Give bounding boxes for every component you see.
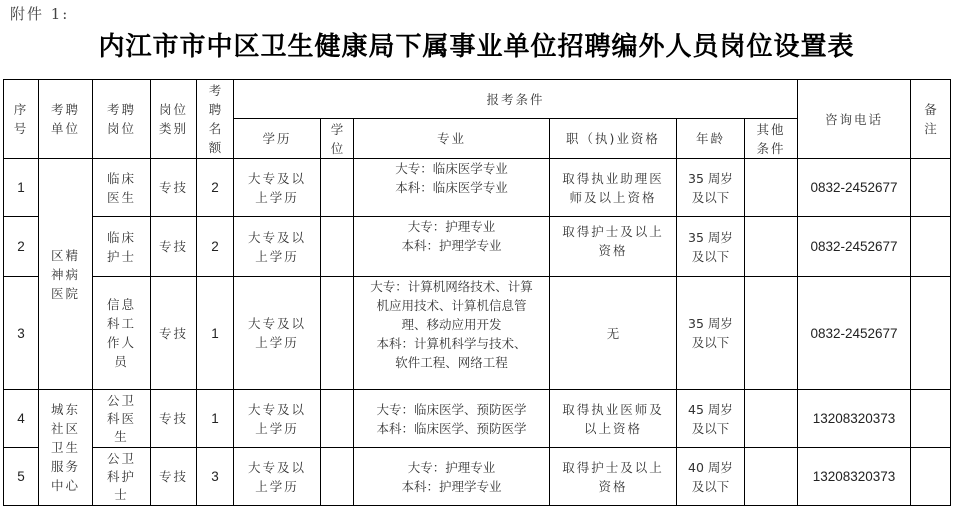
cell-other bbox=[745, 159, 798, 217]
cell-degree bbox=[321, 159, 354, 217]
cell-post: 公卫 科护 士 bbox=[93, 448, 151, 506]
cell-qualification: 无 bbox=[550, 277, 677, 390]
cell-age: 35 周岁 及以下 bbox=[677, 217, 745, 277]
cell-quota: 2 bbox=[197, 159, 234, 217]
header-quota: 考 聘 名 额 bbox=[197, 80, 234, 159]
cell-major: 大专：护理专业 本科：护理学专业 bbox=[354, 217, 550, 277]
cell-quota: 1 bbox=[197, 390, 234, 448]
header-post-type: 岗位 类别 bbox=[151, 80, 197, 159]
cell-phone: 0832-2452677 bbox=[798, 217, 911, 277]
cell-education: 大专及以 上学历 bbox=[234, 277, 321, 390]
cell-remarks bbox=[911, 159, 951, 217]
cell-phone: 13208320373 bbox=[798, 448, 911, 506]
cell-degree bbox=[321, 277, 354, 390]
header-phone: 咨询电话 bbox=[798, 80, 911, 159]
cell-education: 大专及以 上学历 bbox=[234, 159, 321, 217]
cell-education: 大专及以 上学历 bbox=[234, 448, 321, 506]
cell-other bbox=[745, 448, 798, 506]
recruitment-table: 序 号 考聘 单位 考聘 岗位 岗位 类别 考 聘 名 额 报考条件 咨询电话 … bbox=[3, 79, 951, 506]
cell-post: 临床 护士 bbox=[93, 217, 151, 277]
cell-remarks bbox=[911, 277, 951, 390]
cell-post-type: 专技 bbox=[151, 277, 197, 390]
cell-major: 大专：临床医学、预防医学 本科：临床医学、预防医学 bbox=[354, 390, 550, 448]
header-post: 考聘 岗位 bbox=[93, 80, 151, 159]
cell-post-type: 专技 bbox=[151, 390, 197, 448]
table-row: 1 区精 神病 医院 临床 医生 专技 2 大专及以 上学历 大专：临床医学专业… bbox=[4, 159, 951, 217]
header-degree: 学 位 bbox=[321, 119, 354, 159]
cell-remarks bbox=[911, 217, 951, 277]
cell-quota: 1 bbox=[197, 277, 234, 390]
cell-seq: 3 bbox=[4, 277, 39, 390]
cell-remarks bbox=[911, 448, 951, 506]
cell-unit: 区精 神病 医院 bbox=[39, 159, 93, 390]
cell-seq: 5 bbox=[4, 448, 39, 506]
cell-seq: 1 bbox=[4, 159, 39, 217]
cell-post-type: 专技 bbox=[151, 448, 197, 506]
header-remarks: 备 注 bbox=[911, 80, 951, 159]
header-age: 年龄 bbox=[677, 119, 745, 159]
cell-qualification: 取得护士及以上 资格 bbox=[550, 448, 677, 506]
cell-major: 大专：护理专业 本科：护理学专业 bbox=[354, 448, 550, 506]
attachment-label: 附件 1: bbox=[10, 3, 69, 24]
cell-degree bbox=[321, 390, 354, 448]
cell-phone: 0832-2452677 bbox=[798, 159, 911, 217]
cell-post: 公卫 科医 生 bbox=[93, 390, 151, 448]
cell-other bbox=[745, 390, 798, 448]
cell-quota: 3 bbox=[197, 448, 234, 506]
cell-post-type: 专技 bbox=[151, 159, 197, 217]
cell-seq: 4 bbox=[4, 390, 39, 448]
header-conditions: 报考条件 bbox=[234, 80, 798, 119]
cell-phone: 0832-2452677 bbox=[798, 277, 911, 390]
cell-age: 40 周岁 及以下 bbox=[677, 448, 745, 506]
cell-other bbox=[745, 217, 798, 277]
table-row: 2 临床 护士 专技 2 大专及以 上学历 大专：护理专业 本科：护理学专业 取… bbox=[4, 217, 951, 277]
header-qualification: 职（执)业资格 bbox=[550, 119, 677, 159]
cell-education: 大专及以 上学历 bbox=[234, 390, 321, 448]
header-unit: 考聘 单位 bbox=[39, 80, 93, 159]
cell-phone: 13208320373 bbox=[798, 390, 911, 448]
cell-other bbox=[745, 277, 798, 390]
cell-degree bbox=[321, 448, 354, 506]
header-education: 学历 bbox=[234, 119, 321, 159]
cell-post-type: 专技 bbox=[151, 217, 197, 277]
cell-qualification: 取得执业医师及 以上资格 bbox=[550, 390, 677, 448]
cell-post: 信息 科工 作人 员 bbox=[93, 277, 151, 390]
cell-age: 35 周岁 及以下 bbox=[677, 159, 745, 217]
table-row: 5 公卫 科护 士 专技 3 大专及以 上学历 大专：护理专业 本科：护理学专业… bbox=[4, 448, 951, 506]
cell-qualification: 取得执业助理医 师及以上资格 bbox=[550, 159, 677, 217]
cell-age: 35 周岁 及以下 bbox=[677, 277, 745, 390]
cell-remarks bbox=[911, 390, 951, 448]
cell-seq: 2 bbox=[4, 217, 39, 277]
table-row: 3 信息 科工 作人 员 专技 1 大专及以 上学历 大专：计算机网络技术、计算… bbox=[4, 277, 951, 390]
table-row: 4 城东 社区 卫生 服务 中心 公卫 科医 生 专技 1 大专及以 上学历 大… bbox=[4, 390, 951, 448]
document-title: 内江市市中区卫生健康局下属事业单位招聘编外人员岗位设置表 bbox=[0, 26, 953, 63]
cell-education: 大专及以 上学历 bbox=[234, 217, 321, 277]
cell-degree bbox=[321, 217, 354, 277]
cell-major: 大专：计算机网络技术、计算 机应用技术、计算机信息管 理、移动应用开发 本科：计… bbox=[354, 277, 550, 390]
cell-qualification: 取得护士及以上 资格 bbox=[550, 217, 677, 277]
header-other: 其他 条件 bbox=[745, 119, 798, 159]
header-seq: 序 号 bbox=[4, 80, 39, 159]
cell-post: 临床 医生 bbox=[93, 159, 151, 217]
cell-unit: 城东 社区 卫生 服务 中心 bbox=[39, 390, 93, 506]
cell-quota: 2 bbox=[197, 217, 234, 277]
header-major: 专业 bbox=[354, 119, 550, 159]
header-row-1: 序 号 考聘 单位 考聘 岗位 岗位 类别 考 聘 名 额 报考条件 咨询电话 … bbox=[4, 80, 951, 119]
cell-age: 45 周岁 及以下 bbox=[677, 390, 745, 448]
cell-major: 大专：临床医学专业 本科：临床医学专业 bbox=[354, 159, 550, 217]
